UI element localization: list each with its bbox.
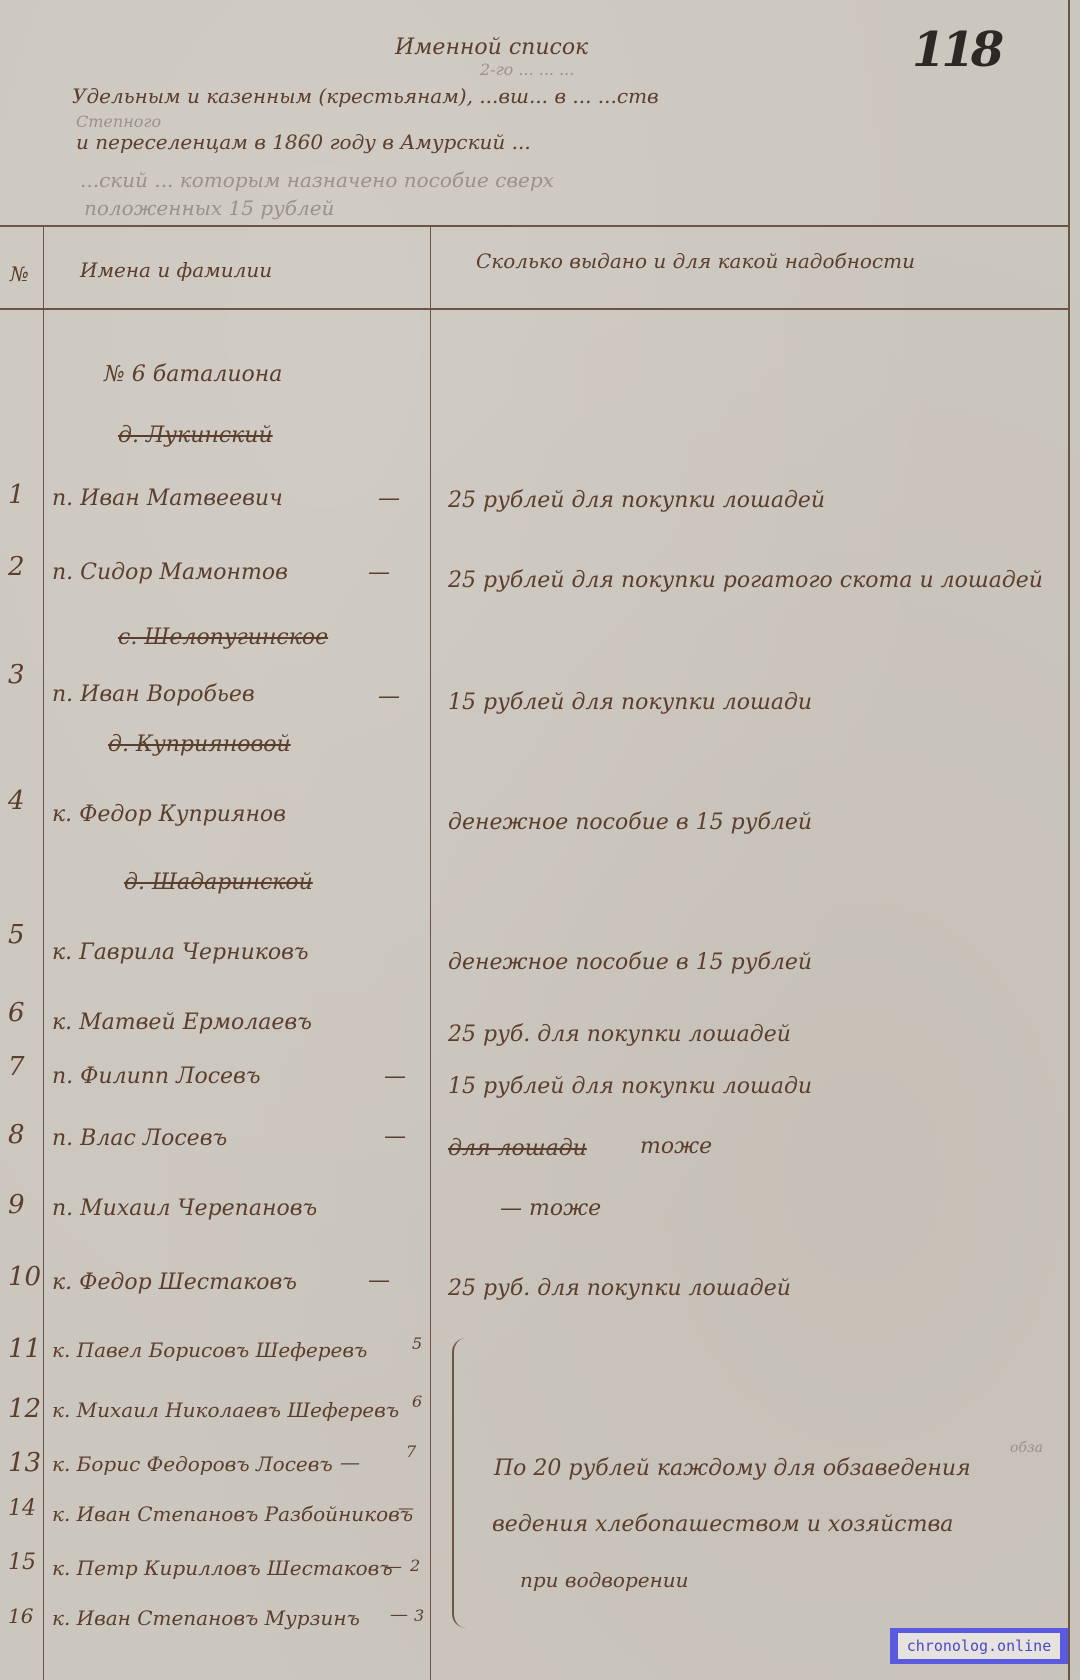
- row-number: 11: [8, 1334, 38, 1364]
- section-village-struck: д. Куприяновой: [108, 732, 291, 757]
- row-name: п. Филипп Лосевъ: [52, 1064, 261, 1089]
- heading-line-2: и переселенцам в 1860 году в Амурский ..…: [76, 130, 531, 154]
- column-header-purpose: Сколько выдано и для какой надобности: [476, 248, 1036, 274]
- row-dash: —: [340, 1450, 360, 1474]
- row-number: 7: [8, 1052, 38, 1082]
- row-note: 15 рублей для покупки лошади: [448, 1074, 812, 1099]
- row-note: — тоже: [500, 1196, 601, 1221]
- row-note: денежное пособие в 15 рублей: [448, 810, 812, 835]
- document-page: 118 Именной список 2-го ... ... ... Удел…: [0, 0, 1080, 1680]
- row-name: п. Иван Воробьев: [52, 682, 255, 707]
- row-name: к. Павел Борисовъ Шеферевъ: [52, 1338, 367, 1362]
- row-dash: —: [378, 486, 400, 511]
- heading-line-3: ...ский ... которым назначено пособие св…: [80, 168, 554, 192]
- row-note: 25 рублей для покупки рогатого скота и л…: [448, 568, 1043, 593]
- row-name: к. Матвей Ермолаевъ: [52, 1010, 312, 1035]
- section-village-struck: с. Шелопугинское: [118, 625, 328, 650]
- row-note: 15 рублей для покупки лошади: [448, 690, 812, 715]
- column-header-name: Имена и фамилии: [80, 258, 272, 282]
- group-note-line-3: при водворении: [520, 1568, 689, 1592]
- group-note-line-1: По 20 рублей каждому для обзаведения: [494, 1456, 971, 1481]
- folio-number: 118: [912, 22, 1000, 78]
- row-note: денежное пособие в 15 рублей: [448, 950, 812, 975]
- row-dash: —: [398, 1498, 414, 1517]
- heading-insert: 2-го ... ... ...: [480, 60, 574, 79]
- row-number: 9: [8, 1190, 38, 1220]
- row-number: 13: [8, 1448, 38, 1478]
- row-note: 25 рублей для покупки лошадей: [448, 488, 825, 513]
- row-name: к. Иван Степановъ Мурзинъ: [52, 1606, 360, 1630]
- row-name: п. Влас Лосевъ: [52, 1126, 227, 1151]
- row-tag: 2: [410, 1556, 420, 1575]
- heading-line-1: Удельным и казенным (крестьянам), ...вш.…: [72, 84, 659, 108]
- column-header-number: №: [10, 262, 29, 286]
- row-dash: —: [368, 1268, 390, 1293]
- row-number: 12: [8, 1394, 38, 1424]
- row-number: 1: [8, 480, 38, 510]
- right-border-rule: [1068, 0, 1070, 1680]
- row-name: п. Иван Матвеевич: [52, 486, 283, 511]
- header-bottom-rule: [0, 308, 1068, 310]
- row-dash: —: [378, 684, 400, 709]
- row-dash: —: [368, 560, 390, 585]
- group-note-line-2: ведения хлебопашеством и хозяйства: [492, 1512, 953, 1537]
- row-dash: —: [384, 1556, 402, 1577]
- row-number: 10: [8, 1262, 38, 1292]
- row-name: к. Федор Шестаковъ: [52, 1270, 297, 1295]
- row-number: 4: [8, 786, 38, 816]
- row-name: к. Федор Куприянов: [52, 802, 286, 827]
- page-title: Именной список: [395, 35, 588, 60]
- row-number: 14: [8, 1496, 38, 1521]
- row-number: 15: [8, 1550, 38, 1575]
- heading-line-4: положенных 15 рублей: [84, 196, 334, 220]
- watermark-text: chronolog.online: [898, 1633, 1060, 1659]
- watermark-badge: chronolog.online: [890, 1628, 1068, 1664]
- row-dash: —: [384, 1064, 406, 1089]
- row-name: п. Сидор Мамонтов: [52, 560, 288, 585]
- section-village-struck: д. Лукинский: [118, 423, 273, 448]
- row-tag: 6: [412, 1392, 422, 1411]
- row-tag: 7: [406, 1442, 416, 1461]
- row-name: к. Михаил Николаевъ Шеферевъ: [52, 1398, 399, 1422]
- heading-margin-note: Степного: [76, 112, 161, 131]
- row-dash: —: [390, 1604, 408, 1625]
- row-name: п. Михаил Черепановъ: [52, 1196, 317, 1221]
- row-note-struck: для лошади: [448, 1136, 587, 1161]
- section-village-struck: д. Шадаринской: [124, 870, 313, 895]
- row-name: к. Борис Федоровъ Лосевъ: [52, 1452, 333, 1476]
- row-note: 25 руб. для покупки лошадей: [448, 1022, 791, 1047]
- row-number: 6: [8, 998, 38, 1028]
- row-number: 2: [8, 552, 38, 582]
- row-name: к. Гаврила Черниковъ: [52, 940, 309, 965]
- row-number: 5: [8, 920, 38, 950]
- name-column-rule: [430, 225, 431, 1680]
- row-number: 3: [8, 660, 38, 690]
- group-brace: [452, 1338, 474, 1628]
- row-note: тоже: [640, 1134, 712, 1159]
- row-dash: —: [384, 1124, 406, 1149]
- group-note-insert: обза: [1010, 1440, 1043, 1456]
- number-column-rule: [43, 225, 44, 1680]
- row-tag: 3: [414, 1606, 424, 1625]
- row-tag: 5: [412, 1334, 422, 1353]
- row-number: 8: [8, 1120, 38, 1150]
- row-name: к. Петр Кирилловъ Шестаковъ: [52, 1556, 393, 1580]
- row-number: 16: [8, 1604, 38, 1628]
- header-top-rule: [0, 225, 1070, 227]
- row-note: 25 руб. для покупки лошадей: [448, 1276, 791, 1301]
- row-name: к. Иван Степановъ Разбойниковъ: [52, 1502, 413, 1526]
- section-battalion: № 6 баталиона: [104, 362, 282, 387]
